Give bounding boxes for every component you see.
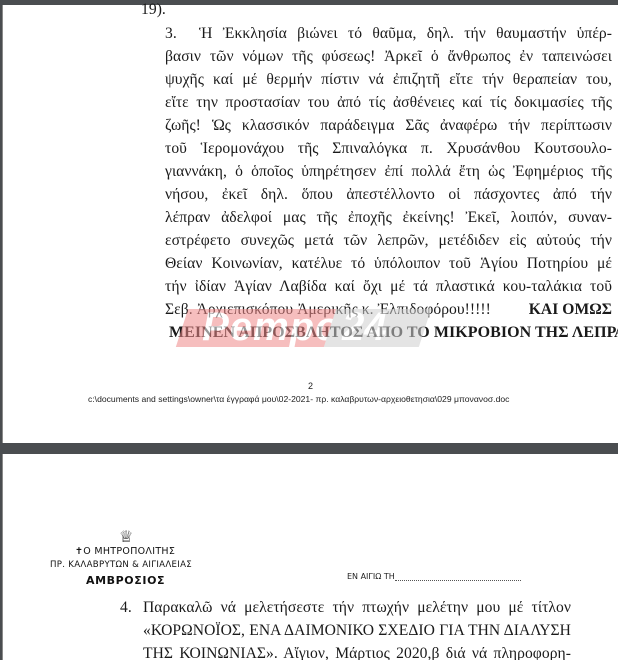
date-dotted-line bbox=[395, 580, 521, 581]
text-line: τοῦ Ἱερομονάχου τῆς Σπιναλόγκα π. Χρυσάν… bbox=[165, 139, 612, 159]
paragraph-number: 3. bbox=[165, 24, 177, 44]
document-page-2: 19). 3. Ἡ Ἐκκλησία βιώνει τό θαῦμα, δηλ.… bbox=[2, 5, 618, 443]
text-line: Παρακαλῶ νά μελετήσεστε τήν πτωχήν μελέτ… bbox=[143, 598, 571, 618]
text-line: Θείαν Κοινωνίαν, κατέλυε τό ὑπόλοιπον το… bbox=[165, 254, 612, 274]
text-line: ζωῆς! Ὡς κλασσικόν παράδειγμα Σᾶς ἀναφέρ… bbox=[165, 116, 612, 136]
fragment-line: 19). bbox=[141, 0, 166, 20]
crown-icon: ♕ bbox=[119, 527, 133, 546]
paragraph-number: 4. bbox=[120, 598, 132, 618]
footer-file-path: c:\documents and settings\owner\τα έγγρα… bbox=[88, 394, 509, 404]
place-date-label: ΕΝ ΑΙΓΙΩ ΤΗ bbox=[347, 572, 395, 581]
text-line: βασιν τῶν νόμων τῆς φύσεως! Ἀρκεῖ ὁ ἄνθρ… bbox=[165, 47, 612, 67]
bold-statement: ΜΕΙΝΕΝ ΑΠΡΟΣΒΛΗΤΟΣ ΑΠΟ ΤΟ ΜΙΚΡΟΒΙΟΝ ΤΗΣ … bbox=[169, 323, 618, 343]
text-line: νήσου, ἐκεῖ δηλ. ὅπου ἀπεστέλλοντο οἱ πά… bbox=[165, 185, 612, 205]
document-page-3: ♕ ✝Ο ΜΗΤΡΟΠΟΛΙΤΗΣ ΠΡ. ΚΑΛΑΒΡΥΤΩΝ & ΑΙΓΙΑ… bbox=[2, 454, 618, 660]
text-line: «ΚΟΡΩΝΟΪΟΣ, ΕΝΑ ΔΑΙΜΟΝΙΚΟ ΣΧΕΔΙΟ ΓΙΑ ΤΗΝ… bbox=[143, 621, 571, 641]
text-line: Ἡ Ἐκκλησία βιώνει τό θαῦμα, δηλ. τήν θαυ… bbox=[199, 24, 612, 44]
letterhead-title: ✝Ο ΜΗΤΡΟΠΟΛΙΤΗΣ bbox=[75, 546, 175, 557]
page-number: 2 bbox=[3, 381, 618, 391]
text-line: λέπραν ἀδελφοί μας τῆς ἐποχῆς ἐκείνης! Ἐ… bbox=[165, 208, 612, 228]
text-line-mixed: Σεβ. Ἀρχιεπισκόπου Ἀμερικῆς κ. Ἐλπιδοφόρ… bbox=[165, 300, 612, 320]
text-line: εστρέφετο συνεχῶς μετά τῶν λεπρῶν, μετέδ… bbox=[165, 231, 612, 251]
text-normal: Σεβ. Ἀρχιεπισκόπου Ἀμερικῆς κ. Ἐλπιδοφόρ… bbox=[165, 300, 491, 320]
text-line: τήν ἰδίαν Ἁγίαν Λαβίδα καί ὄχι μέ τά πλα… bbox=[165, 277, 612, 297]
text-line: ΤΗΣ ΚΟΙΝΩΝΙΑΣ». Αἴγιον, Μάρτιος 2020,β δ… bbox=[143, 644, 571, 660]
text-line: ψυχῆς καί μέ θερμήν πίστιν νά ἐπιζητῆ εἴ… bbox=[165, 70, 612, 90]
letterhead-diocese: ΠΡ. ΚΑΛΑΒΡΥΤΩΝ & ΑΙΓΙΑΛΕΙΑΣ bbox=[50, 560, 192, 570]
text-line: γιαννάκη, ὁ ὁποῖος ὑπηρέτησεν ἐπί πολλά … bbox=[165, 162, 612, 182]
text-line: εἴτε την προστασίαν του ἀπό τίς ἀσθένειε… bbox=[165, 93, 612, 113]
text-bold: ΚΑΙ ΟΜΩΣ bbox=[529, 300, 612, 320]
letterhead-name: ΑΜΒΡΟΣΙΟΣ bbox=[86, 574, 165, 587]
